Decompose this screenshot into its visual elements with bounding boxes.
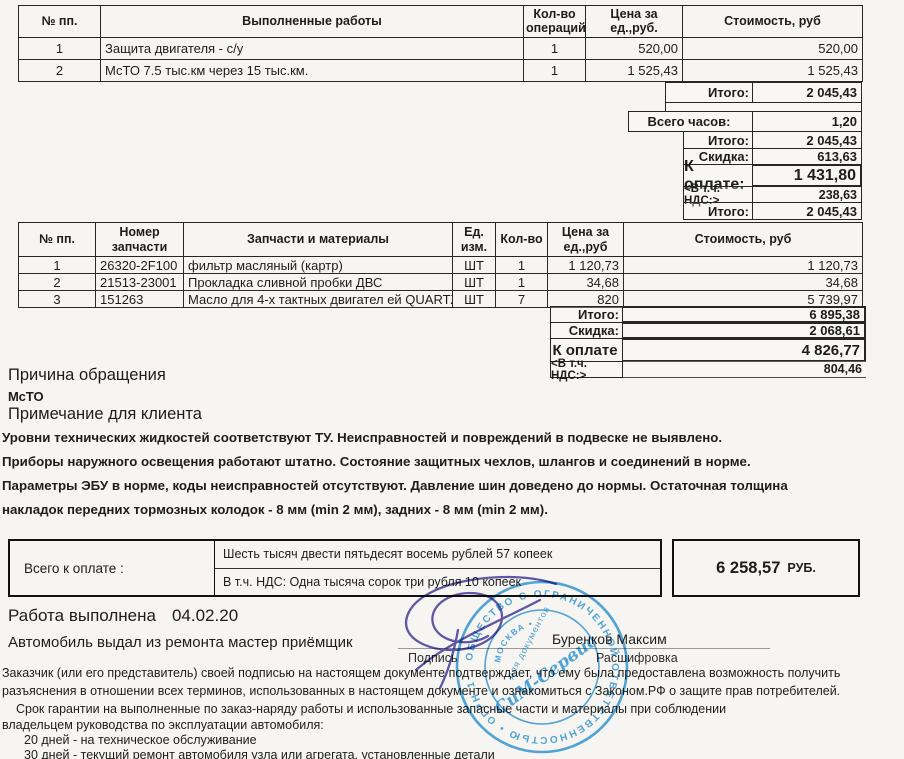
works-cell: 1 525,43 <box>586 59 683 81</box>
total-amount-box: 6 258,57 РУБ. <box>672 539 860 597</box>
works-row: 2 МсТО 7.5 тыс.км через 15 тыс.км. 1 1 5… <box>19 59 863 81</box>
parts-cell: 3 <box>19 291 96 308</box>
client-note-line: Приборы наружного освещения работают шта… <box>2 454 751 469</box>
parts-cell: 820 <box>548 291 624 308</box>
work-done-line: Работа выполнена 04.02.20 <box>8 606 238 626</box>
works-row: 1 Защита двигателя - с/у 1 520,00 520,00 <box>19 37 863 59</box>
works-header-name: Выполненные работы <box>101 6 524 38</box>
scanned-work-order: № пп. Выполненные работы Кол-во операций… <box>0 0 904 759</box>
parts-total-vat: <В т.ч. НДС:> 804,46 <box>550 361 866 378</box>
parts-header-name: Запчасти и материалы <box>184 223 453 257</box>
works-cell: Защита двигателя - с/у <box>101 37 524 59</box>
works-header-cost: Стоимость, руб <box>683 6 863 38</box>
svg-text:МОСКВА •: МОСКВА • <box>492 618 534 663</box>
parts-cell: фильтр масляный (картр) <box>184 257 453 274</box>
reason-value: МсТО <box>8 389 44 404</box>
parts-cell: Прокладка сливной пробки ДВС <box>184 274 453 291</box>
work-done-date: 04.02.20 <box>172 606 238 626</box>
total-payment-label: Всего к оплате : <box>10 541 215 595</box>
total-amount: 6 258,57 <box>716 559 780 578</box>
parts-cell: 21513-23001 <box>96 274 184 291</box>
parts-header-price: Цена за ед.,руб <box>548 223 624 257</box>
legal-line: разъяснения в отношении всех терминов, и… <box>2 684 840 698</box>
legal-line: 30 дней - текущий ремонт автомобиля узла… <box>24 748 495 759</box>
master-name: Буренков Максим <box>552 631 667 647</box>
parts-header-unit: Ед. изм. <box>453 223 496 257</box>
works-cell: 1 <box>19 37 101 59</box>
client-note-title: Примечание для клиента <box>8 405 202 424</box>
parts-cell: 151263 <box>96 291 184 308</box>
works-cell: 520,00 <box>586 37 683 59</box>
works-cell: МсТО 7.5 тыс.км через 15 тыс.км. <box>101 59 524 81</box>
parts-cell: 5 739,97 <box>624 291 863 308</box>
parts-cell: 7 <box>496 291 548 308</box>
parts-row: 3 151263 Масло для 4-х тактных двигател … <box>19 291 863 308</box>
works-cell: 520,00 <box>683 37 863 59</box>
amount-words-line: Шесть тысяч двести пятьдесят восемь рубл… <box>215 541 660 569</box>
parts-cell: ШТ <box>453 257 496 274</box>
parts-cell: 1 <box>19 257 96 274</box>
reason-title: Причина обращения <box>8 366 166 385</box>
parts-header-num: № пп. <box>19 223 96 257</box>
currency-label: РУБ. <box>787 561 815 575</box>
client-note-line: Параметры ЭБУ в норме, коды неисправност… <box>2 478 788 493</box>
parts-cell: 1 <box>496 257 548 274</box>
parts-header-part: Номер запчасти <box>96 223 184 257</box>
parts-total-itogo: Итого: 6 895,38 <box>550 306 866 323</box>
vat-words-line: В т.ч. НДС: Одна тысяча сорок три рубля … <box>215 569 660 596</box>
signature-line <box>398 648 770 649</box>
parts-cell: 1 120,73 <box>548 257 624 274</box>
works-header-num: № пп. <box>19 6 101 38</box>
client-note-line: накладок передних тормозных колодок - 8 … <box>2 502 548 517</box>
parts-cell: Масло для 4-х тактных двигател ей QUARTZ… <box>184 291 453 308</box>
parts-row: 2 21513-23001 Прокладка сливной пробки Д… <box>19 274 863 291</box>
works-total-hours: Всего часов: 1,20 <box>628 111 862 132</box>
decode-caption: Расшифровка <box>596 651 678 665</box>
works-cell: 1 <box>524 37 586 59</box>
works-cell: 1 525,43 <box>683 59 863 81</box>
parts-cell: 1 <box>496 274 548 291</box>
parts-header-cost: Стоимость, руб <box>624 223 863 257</box>
legal-line: Срок гарантии на выполненные по заказ-на… <box>16 702 726 716</box>
works-table: № пп. Выполненные работы Кол-во операций… <box>18 5 863 82</box>
issued-line: Автомобиль выдал из ремонта мастер приём… <box>8 634 353 651</box>
total-payment-box: Всего к оплате : Шесть тысяч двести пять… <box>8 539 662 597</box>
client-note-line: Уровни технических жидкостей соответству… <box>2 430 722 445</box>
signature-caption: Подпись <box>408 651 457 665</box>
works-header-price: Цена за ед.,руб. <box>586 6 683 38</box>
parts-cell: 26320-2F100 <box>96 257 184 274</box>
legal-line: владельцем руководства по эксплуатации а… <box>2 718 324 732</box>
amount-in-words: Шесть тысяч двести пятьдесят восемь рубл… <box>215 541 660 595</box>
parts-cell: 2 <box>19 274 96 291</box>
parts-cell: ШТ <box>453 291 496 308</box>
works-total-vat: <В т.ч. НДС:> 238,63 <box>683 186 862 203</box>
works-total-itogo3: Итого: 2 045,43 <box>683 202 862 220</box>
parts-row: 1 26320-2F100 фильтр масляный (картр) ШТ… <box>19 257 863 274</box>
works-cell: 2 <box>19 59 101 81</box>
works-total-itogo2: Итого: 2 045,43 <box>683 131 862 149</box>
parts-cell: ШТ <box>453 274 496 291</box>
stamp-city-text: МОСКВА • <box>492 618 534 663</box>
legal-line: Заказчик (или его представитель) своей п… <box>2 666 840 680</box>
parts-cell: 34,68 <box>548 274 624 291</box>
works-total-itogo: Итого: 2 045,43 <box>665 82 862 103</box>
work-done-label: Работа выполнена <box>8 606 156 626</box>
parts-cell: 1 120,73 <box>624 257 863 274</box>
legal-line: 20 дней - на техническое обслуживание <box>24 733 257 747</box>
works-cell: 1 <box>524 59 586 81</box>
parts-cell: 34,68 <box>624 274 863 291</box>
parts-header-qty: Кол-во <box>496 223 548 257</box>
parts-table: № пп. Номер запчасти Запчасти и материал… <box>18 222 863 308</box>
works-header-qty: Кол-во операций <box>524 6 586 38</box>
parts-total-discount: Скидка: 2 068,61 <box>550 322 866 339</box>
